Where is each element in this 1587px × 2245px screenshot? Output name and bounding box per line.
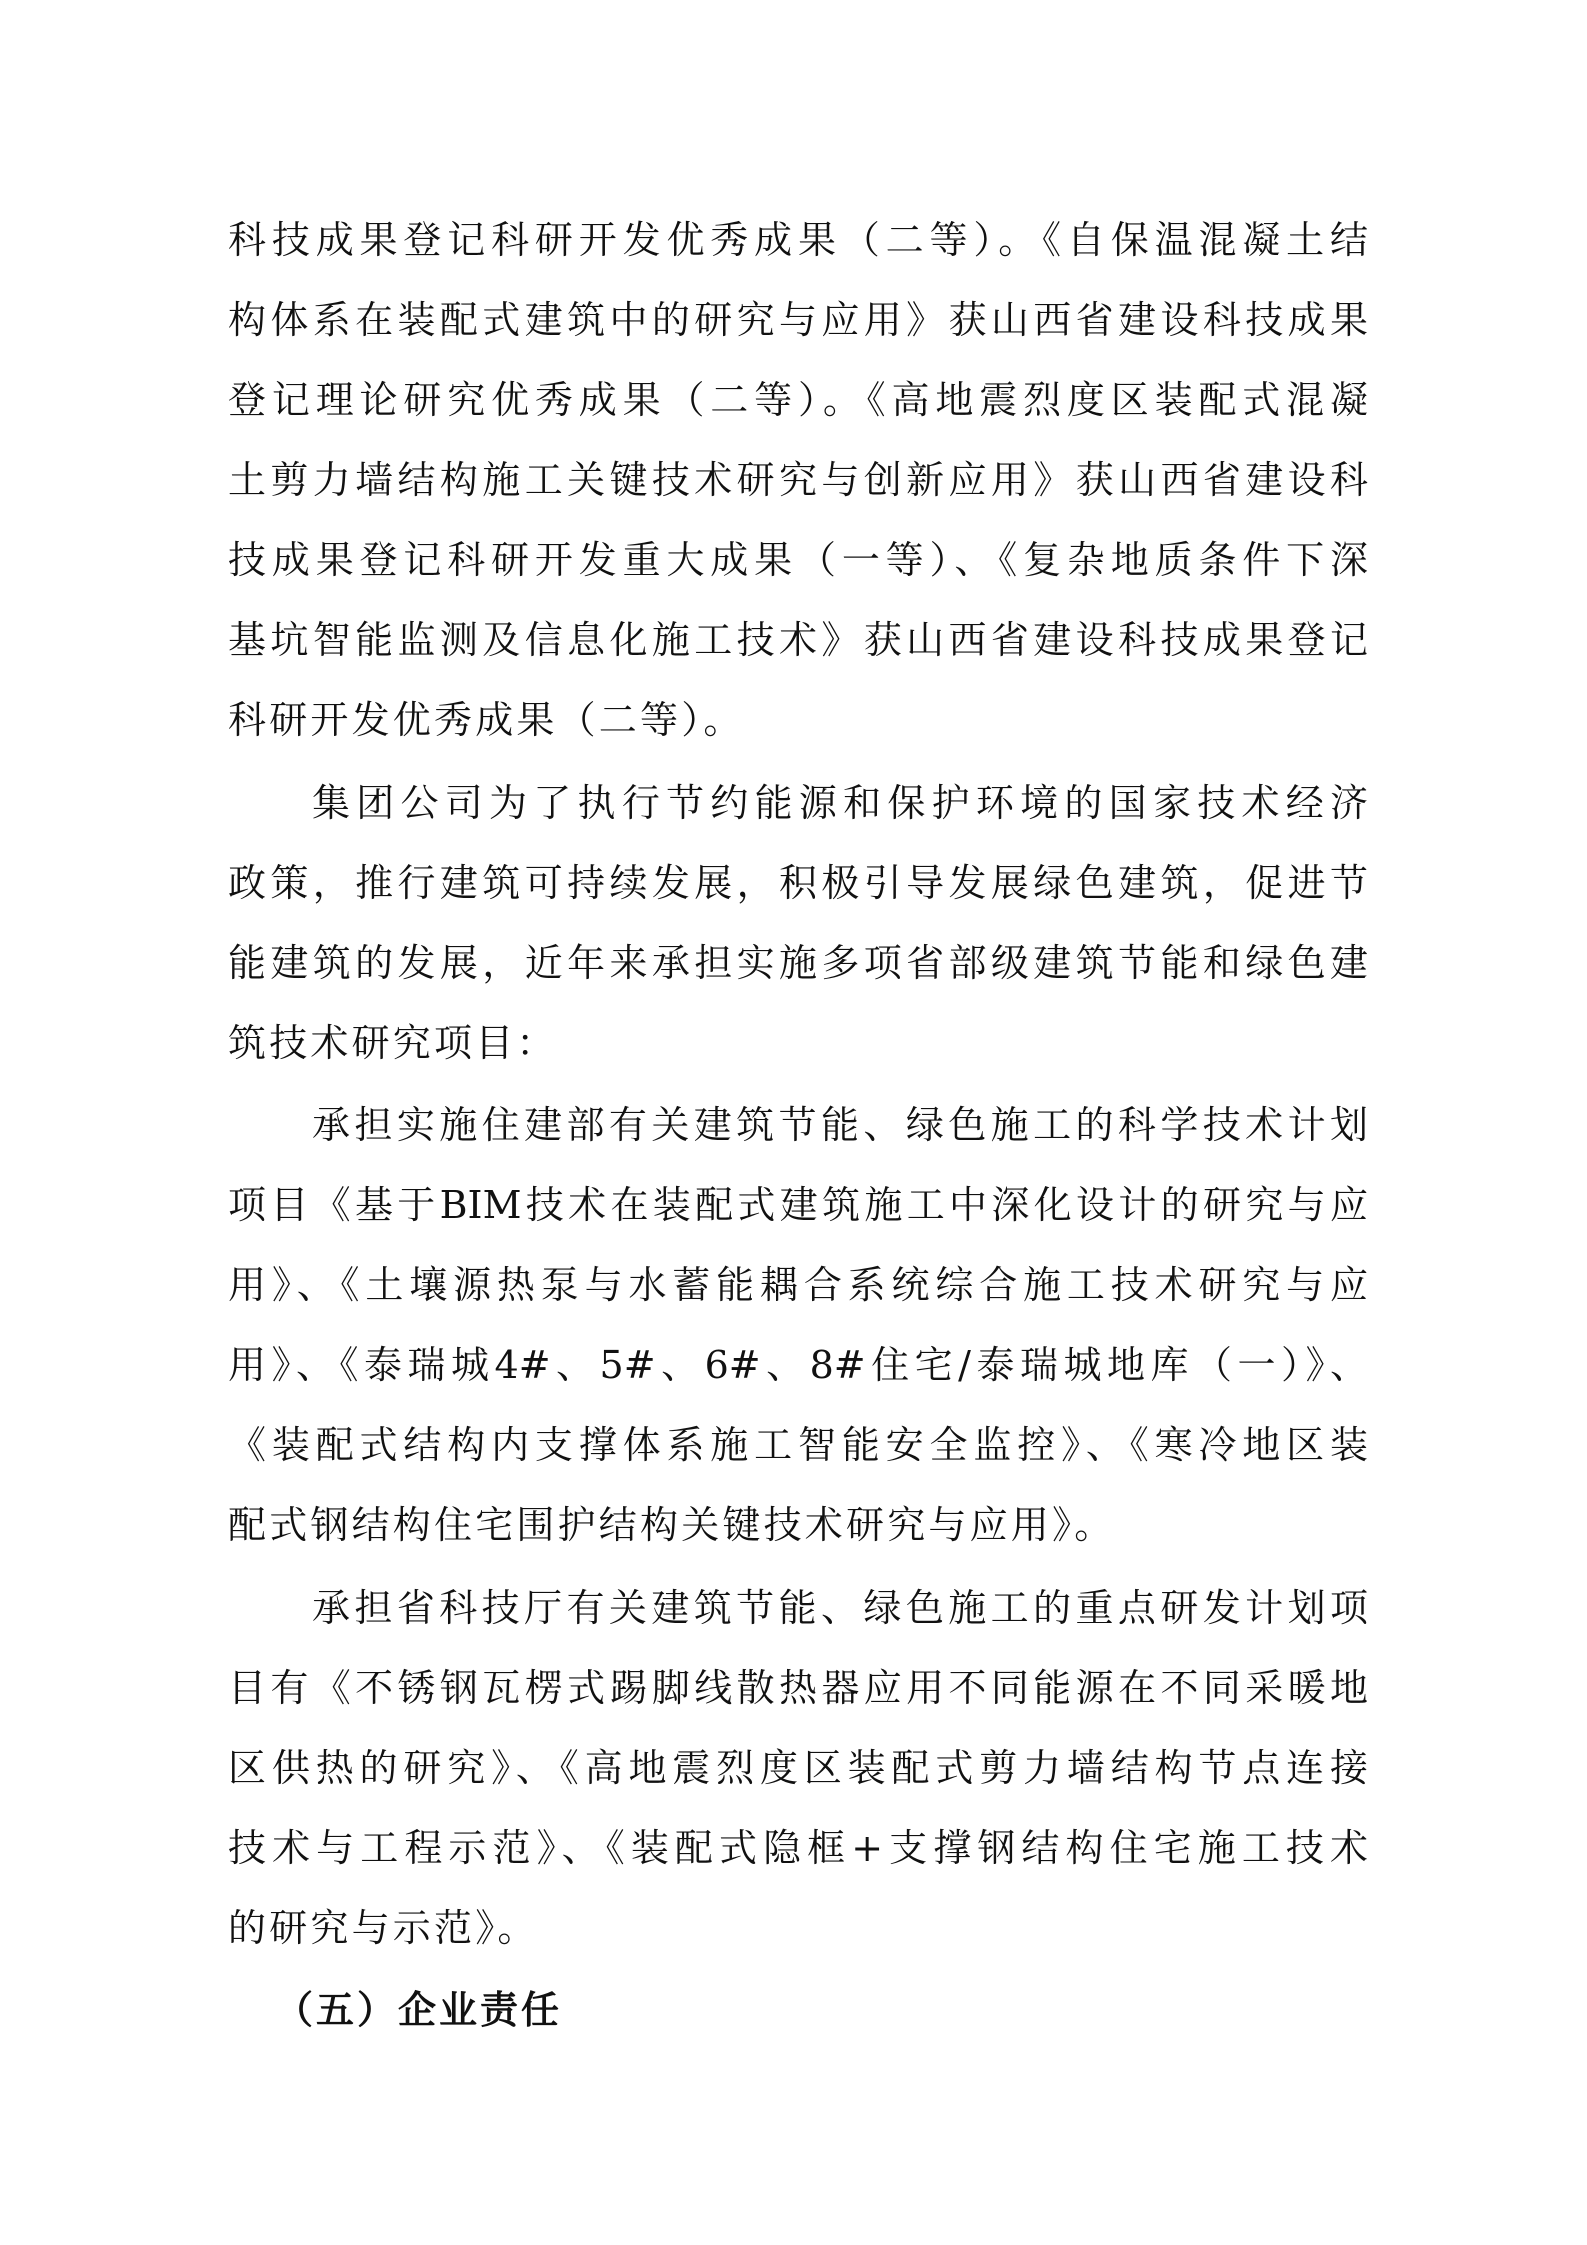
paragraph-line: 基坑智能监测及信息化施工技术》获山西省建设科技成果登记 bbox=[228, 612, 1368, 668]
paragraph-line: 科研开发优秀成果（二等）。 bbox=[228, 692, 1368, 748]
paragraph-line: 用》、《土壤源热泵与水蓄能耦合系统综合施工技术研究与应 bbox=[228, 1257, 1368, 1313]
paragraph-line: 科技成果登记科研开发优秀成果（二等）。《自保温混凝土结 bbox=[228, 212, 1368, 268]
paragraph-line: 技成果登记科研开发重大成果（一等）、《复杂地质条件下深 bbox=[228, 532, 1368, 588]
paragraph-line: 用》、《泰瑞城4#、5#、6#、8#住宅/泰瑞城地库（一）》、 bbox=[228, 1337, 1368, 1393]
paragraph-line: 承担省科技厅有关建筑节能、绿色施工的重点研发计划项 bbox=[312, 1580, 1368, 1636]
paragraph-line: 集团公司为了执行节约能源和保护环境的国家技术经济 bbox=[312, 775, 1368, 831]
paragraph-line: 技术与工程示范》、《装配式隐框+支撑钢结构住宅施工技术 bbox=[228, 1820, 1368, 1876]
paragraph-line: 登记理论研究优秀成果（二等）。《高地震烈度区装配式混凝 bbox=[228, 372, 1368, 428]
paragraph-line: 的研究与示范》。 bbox=[228, 1900, 1368, 1956]
paragraph-line: 能建筑的发展，近年来承担实施多项省部级建筑节能和绿色建 bbox=[228, 935, 1368, 991]
paragraph-line: 政策，推行建筑可持续发展，积极引导发展绿色建筑，促进节 bbox=[228, 855, 1368, 911]
paragraph-line: 目有《不锈钢瓦楞式踢脚线散热器应用不同能源在不同采暖地 bbox=[228, 1660, 1368, 1716]
paragraph-line: 区供热的研究》、《高地震烈度区装配式剪力墙结构节点连接 bbox=[228, 1740, 1368, 1796]
paragraph-line: 《装配式结构内支撑体系施工智能安全监控》、《寒冷地区装 bbox=[228, 1417, 1368, 1473]
document-page: 科技成果登记科研开发优秀成果（二等）。《自保温混凝土结 构体系在装配式建筑中的研… bbox=[0, 0, 1587, 2245]
paragraph-line: 筑技术研究项目： bbox=[228, 1015, 1368, 1071]
paragraph-line: 项目《基于BIM技术在装配式建筑施工中深化设计的研究与应 bbox=[228, 1177, 1368, 1233]
paragraph-line: 构体系在装配式建筑中的研究与应用》获山西省建设科技成果 bbox=[228, 292, 1368, 348]
paragraph-line: 配式钢结构住宅围护结构关键技术研究与应用》。 bbox=[228, 1497, 1368, 1553]
section-heading: （五）企业责任 bbox=[275, 1982, 562, 2038]
paragraph-line: 承担实施住建部有关建筑节能、绿色施工的科学技术计划 bbox=[312, 1097, 1368, 1153]
paragraph-line: 土剪力墙结构施工关键技术研究与创新应用》获山西省建设科 bbox=[228, 452, 1368, 508]
